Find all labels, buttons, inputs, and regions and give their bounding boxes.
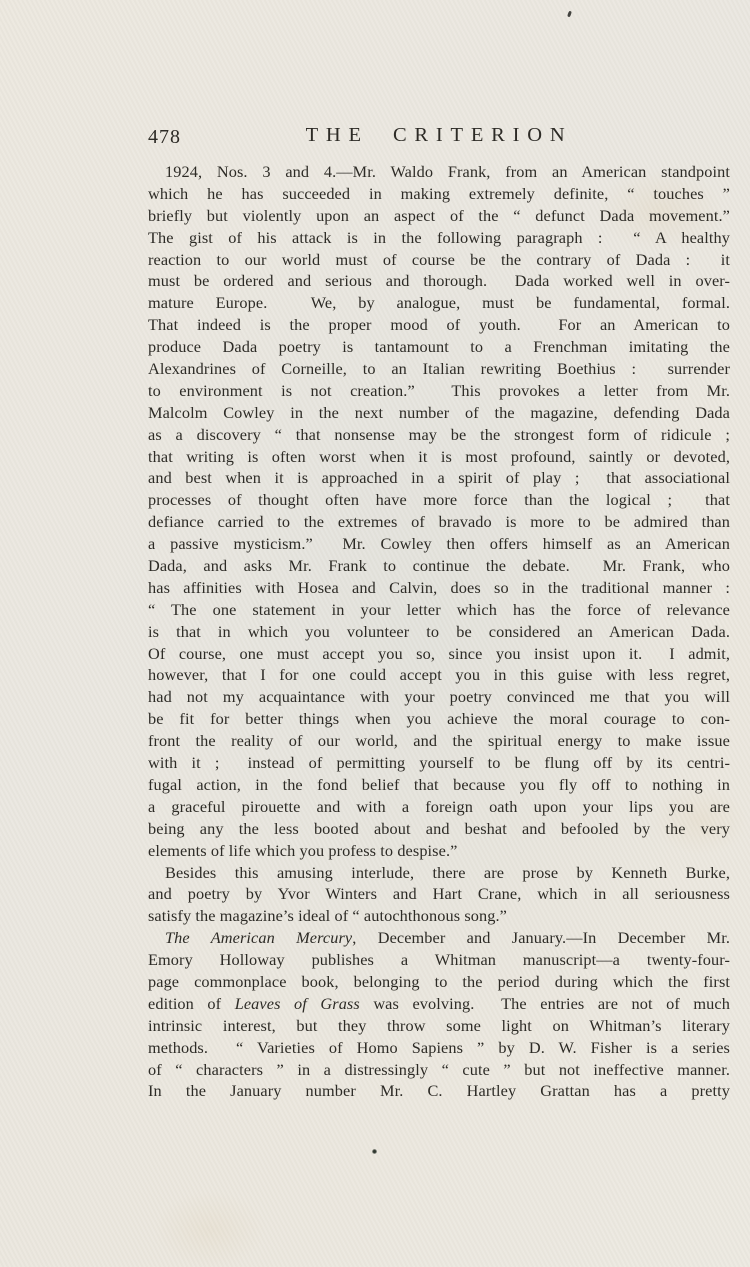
body-text: is that in which you volunteer to be con…	[148, 622, 730, 641]
body-text: The gist of his attack is in the followi…	[148, 228, 730, 247]
body-text: and poetry by Yvor Winters and Hart Cran…	[148, 884, 730, 903]
body-text: 1924, Nos. 3 and 4.—Mr. Waldo Frank, fro…	[165, 162, 730, 181]
text-line: Alexandrines of Corneille, to an Italian…	[148, 358, 730, 380]
body-text: be fit for better things when you achiev…	[148, 709, 730, 728]
text-line: “ The one statement in your letter which…	[148, 599, 730, 621]
text-line: reaction to our world must of course be …	[148, 249, 730, 271]
text-line: Dada, and asks Mr. Frank to continue the…	[148, 555, 730, 577]
text-line: Emory Holloway publishes a Whitman manus…	[148, 949, 730, 971]
body-text: defiance carried to the extremes of brav…	[148, 512, 730, 531]
body-text: reaction to our world must of course be …	[148, 250, 730, 269]
text-line: as a discovery “ that nonsense may be th…	[148, 424, 730, 446]
text-line: edition of Leaves of Grass was evolving.…	[148, 993, 730, 1015]
body-text: must be ordered and serious and thorough…	[148, 271, 730, 290]
body-text: of “ characters ” in a distressingly “ c…	[148, 1060, 730, 1079]
text-line: and best when it is approached in a spir…	[148, 467, 730, 489]
text-line: mature Europe. We, by analogue, must be …	[148, 292, 730, 314]
text-line: processes of thought often have more for…	[148, 489, 730, 511]
text-line: The American Mercury, December and Janua…	[148, 927, 730, 949]
italic-title-text: Leaves of Grass	[235, 994, 360, 1013]
text-line: which he has succeeded in making extreme…	[148, 183, 730, 205]
body-text: methods. “ Varieties of Homo Sapiens ” b…	[148, 1038, 730, 1057]
italic-title-text: The American Mercury	[165, 928, 352, 947]
body-text: edition of	[148, 994, 235, 1013]
body-text: Alexandrines of Corneille, to an Italian…	[148, 359, 730, 378]
body-text: had not my acquaintance with your poetry…	[148, 687, 730, 706]
body-text: Of course, one must accept you so, since…	[148, 644, 730, 663]
body-text: page commonplace book, belonging to the …	[148, 972, 730, 991]
text-line: however, that I for one could accept you…	[148, 664, 730, 686]
text-line: Of course, one must accept you so, since…	[148, 643, 730, 665]
body-text: In the January number Mr. C. Hartley Gra…	[148, 1081, 730, 1100]
text-line: defiance carried to the extremes of brav…	[148, 511, 730, 533]
text-line: page commonplace book, belonging to the …	[148, 971, 730, 993]
body-text: elements of life which you profess to de…	[148, 841, 457, 860]
body-text: was evolving. The entries are not of muc…	[360, 994, 730, 1013]
text-line: produce Dada poetry is tantamount to a F…	[148, 336, 730, 358]
text-line: a passive mysticism.” Mr. Cowley then of…	[148, 533, 730, 555]
body-text: and best when it is approached in a spir…	[148, 468, 730, 487]
text-line: elements of life which you profess to de…	[148, 840, 730, 862]
text-line: In the January number Mr. C. Hartley Gra…	[148, 1080, 730, 1102]
ink-speck	[372, 1149, 377, 1154]
body-text: that writing is often worst when it is m…	[148, 447, 730, 466]
body-text: with it ; instead of permitting yourself…	[148, 753, 730, 772]
text-line: must be ordered and serious and thorough…	[148, 270, 730, 292]
text-line: with it ; instead of permitting yourself…	[148, 752, 730, 774]
body-text: “ The one statement in your letter which…	[148, 600, 730, 619]
text-line: Malcolm Cowley in the next number of the…	[148, 402, 730, 424]
text-line: is that in which you volunteer to be con…	[148, 621, 730, 643]
body-text: a graceful pirouette and with a foreign …	[148, 797, 730, 816]
body-text: , December and January.—In December Mr.	[352, 928, 730, 947]
body-text: mature Europe. We, by analogue, must be …	[148, 293, 730, 312]
body-text: to environment is not creation.” This pr…	[148, 381, 730, 400]
text-line: Besides this amusing interlude, there ar…	[148, 862, 730, 884]
body-text: has affinities with Hosea and Calvin, do…	[148, 578, 730, 597]
body-text: as a discovery “ that nonsense may be th…	[148, 425, 730, 444]
page-header: 478 THE CRITERION	[148, 124, 730, 154]
text-line: to environment is not creation.” This pr…	[148, 380, 730, 402]
scanned-page: 478 THE CRITERION 1924, Nos. 3 and 4.—Mr…	[0, 0, 750, 1267]
body-text: being any the less booted about and besh…	[148, 819, 730, 838]
body-text: fugal action, in the fond belief that be…	[148, 775, 730, 794]
text-line: be fit for better things when you achiev…	[148, 708, 730, 730]
text-line: intrinsic interest, but they throw some …	[148, 1015, 730, 1037]
body-text: satisfy the magazine’s ideal of “ autoch…	[148, 906, 507, 925]
body-text: intrinsic interest, but they throw some …	[148, 1016, 730, 1035]
text-line: 1924, Nos. 3 and 4.—Mr. Waldo Frank, fro…	[148, 161, 730, 183]
text-line: satisfy the magazine’s ideal of “ autoch…	[148, 905, 730, 927]
running-title: THE CRITERION	[148, 124, 730, 147]
body-text: Emory Holloway publishes a Whitman manus…	[148, 950, 730, 969]
text-line: that writing is often worst when it is m…	[148, 446, 730, 468]
body-text: Besides this amusing interlude, there ar…	[165, 863, 730, 882]
text-line: a graceful pirouette and with a foreign …	[148, 796, 730, 818]
text-line: front the reality of our world, and the …	[148, 730, 730, 752]
body-text: briefly but violently upon an aspect of …	[148, 206, 730, 225]
text-line: being any the less booted about and besh…	[148, 818, 730, 840]
text-line: fugal action, in the fond belief that be…	[148, 774, 730, 796]
text-line: has affinities with Hosea and Calvin, do…	[148, 577, 730, 599]
body-text: which he has succeeded in making extreme…	[148, 184, 730, 203]
body-text: Malcolm Cowley in the next number of the…	[148, 403, 730, 422]
text-line: That indeed is the proper mood of youth.…	[148, 314, 730, 336]
text-line: briefly but violently upon an aspect of …	[148, 205, 730, 227]
text-line: and poetry by Yvor Winters and Hart Cran…	[148, 883, 730, 905]
body-text: processes of thought often have more for…	[148, 490, 730, 509]
text-line: had not my acquaintance with your poetry…	[148, 686, 730, 708]
text-line: The gist of his attack is in the followi…	[148, 227, 730, 249]
body-text: however, that I for one could accept you…	[148, 665, 730, 684]
body-text: a passive mysticism.” Mr. Cowley then of…	[148, 534, 730, 553]
body-text: Dada, and asks Mr. Frank to continue the…	[148, 556, 730, 575]
text-line: of “ characters ” in a distressingly “ c…	[148, 1059, 730, 1081]
text-body: 1924, Nos. 3 and 4.—Mr. Waldo Frank, fro…	[148, 161, 730, 1102]
text-line: methods. “ Varieties of Homo Sapiens ” b…	[148, 1037, 730, 1059]
body-text: produce Dada poetry is tantamount to a F…	[148, 337, 730, 356]
ink-speck	[567, 11, 572, 18]
body-text: That indeed is the proper mood of youth.…	[148, 315, 730, 334]
body-text: front the reality of our world, and the …	[148, 731, 730, 750]
